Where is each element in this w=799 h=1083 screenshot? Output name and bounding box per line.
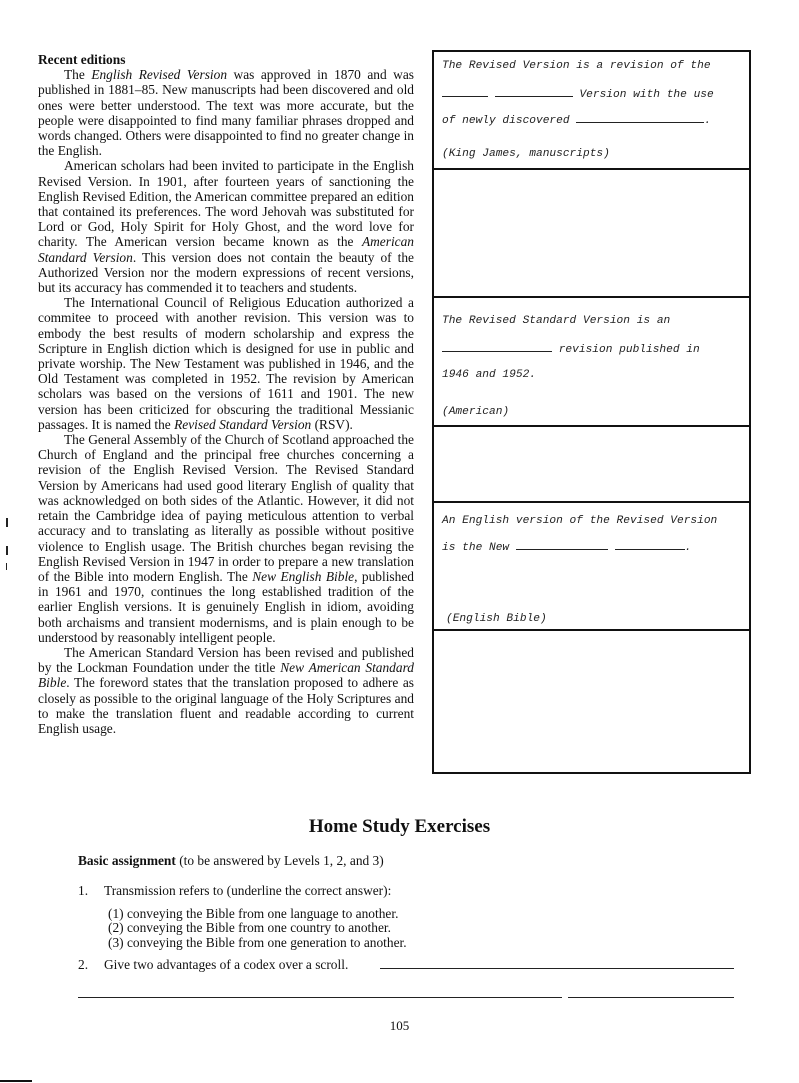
margin-mark [6, 518, 8, 527]
period: . [685, 542, 692, 554]
paragraph-new-american-standard: The American Standard Version has been r… [38, 645, 414, 736]
frame2-line1: The Revised Standard Version is an [442, 315, 670, 327]
page-number: 105 [0, 1018, 799, 1034]
margin-mark [6, 563, 7, 570]
frame1-line2: Version with the use [442, 87, 714, 101]
assignment-levels: (to be answered by Levels 1, 2, and 3) [176, 853, 384, 868]
frame1-line1: The Revised Version is a revision of the [442, 60, 711, 72]
frame-question-2: The Revised Standard Version is an revis… [434, 296, 749, 427]
period: . [704, 115, 711, 127]
frame1-line3-text: of newly discovered [442, 115, 570, 127]
exercises-title: Home Study Exercises [0, 816, 799, 838]
title-english-revised-version: English Revised Version [91, 67, 227, 82]
blank-field[interactable] [495, 87, 573, 97]
question-1-option-2[interactable]: (2) conveying the Bible from one country… [108, 920, 391, 936]
blank-field[interactable] [516, 540, 608, 550]
frame1-line2-text: Version with the use [579, 89, 713, 101]
question-1-option-3[interactable]: (3) conveying the Bible from one generat… [108, 935, 407, 951]
frame2-line3: 1946 and 1952. [442, 369, 536, 381]
body-text-column: Recent editions The English Revised Vers… [38, 52, 414, 736]
paragraph-text: The International Council of Religious E… [38, 295, 414, 432]
question-2-answer-line[interactable] [568, 997, 734, 998]
frame2-line2: revision published in [442, 342, 700, 356]
programmed-frame-column: The Revised Version is a revision of the… [432, 50, 751, 774]
question-2-answer-line[interactable] [380, 968, 734, 969]
question-2-number: 2. [78, 957, 88, 973]
title-revised-standard-version: Revised Standard Version [174, 417, 311, 432]
frame2-answer: (American) [442, 406, 509, 418]
frame3-line2-text: is the New [442, 542, 509, 554]
paragraph-text: The General Assembly of the Church of Sc… [38, 432, 414, 584]
blank-field[interactable] [442, 87, 488, 97]
blank-field[interactable] [615, 540, 685, 550]
paragraph-english-revised: The English Revised Version was approved… [38, 67, 414, 158]
frame-answer-space-2 [434, 425, 749, 503]
assignment-instructions: Basic assignment (to be answered by Leve… [78, 853, 384, 869]
paragraph-text: . The foreword states that the translati… [38, 675, 414, 736]
paragraph-new-english-bible: The General Assembly of the Church of Sc… [38, 432, 414, 645]
paragraph-text: American scholars had been invited to pa… [38, 158, 414, 249]
paragraph-american-standard: American scholars had been invited to pa… [38, 158, 414, 295]
blank-field[interactable] [576, 113, 704, 123]
frame3-answer: (English Bible) [446, 613, 547, 625]
paragraph-text: The [64, 67, 91, 82]
frame-question-3: An English version of the Revised Versio… [434, 501, 749, 631]
blank-field[interactable] [442, 342, 552, 352]
frame-question-1: The Revised Version is a revision of the… [434, 52, 749, 170]
frame-answer-space-3 [434, 629, 749, 774]
question-2-answer-line[interactable] [78, 997, 562, 998]
question-1-number: 1. [78, 883, 88, 899]
question-1-text: Transmission refers to (underline the co… [104, 883, 391, 899]
frame3-line1: An English version of the Revised Versio… [442, 515, 717, 527]
paragraph-text: (RSV). [311, 417, 353, 432]
title-new-english-bible: New English Bible [252, 569, 354, 584]
section-heading: Recent editions [38, 52, 414, 67]
assignment-label: Basic assignment [78, 853, 176, 868]
frame1-line3: of newly discovered . [442, 113, 711, 127]
frame1-answer: (King James, manuscripts) [442, 148, 610, 160]
margin-mark [6, 546, 8, 555]
question-2-text: Give two advantages of a codex over a sc… [104, 957, 348, 973]
frame3-line2: is the New . [442, 540, 691, 554]
frame-answer-space-1 [434, 168, 749, 298]
paragraph-revised-standard: The International Council of Religious E… [38, 295, 414, 432]
corner-rule [0, 1080, 32, 1082]
frame2-line2-text: revision published in [559, 344, 700, 356]
